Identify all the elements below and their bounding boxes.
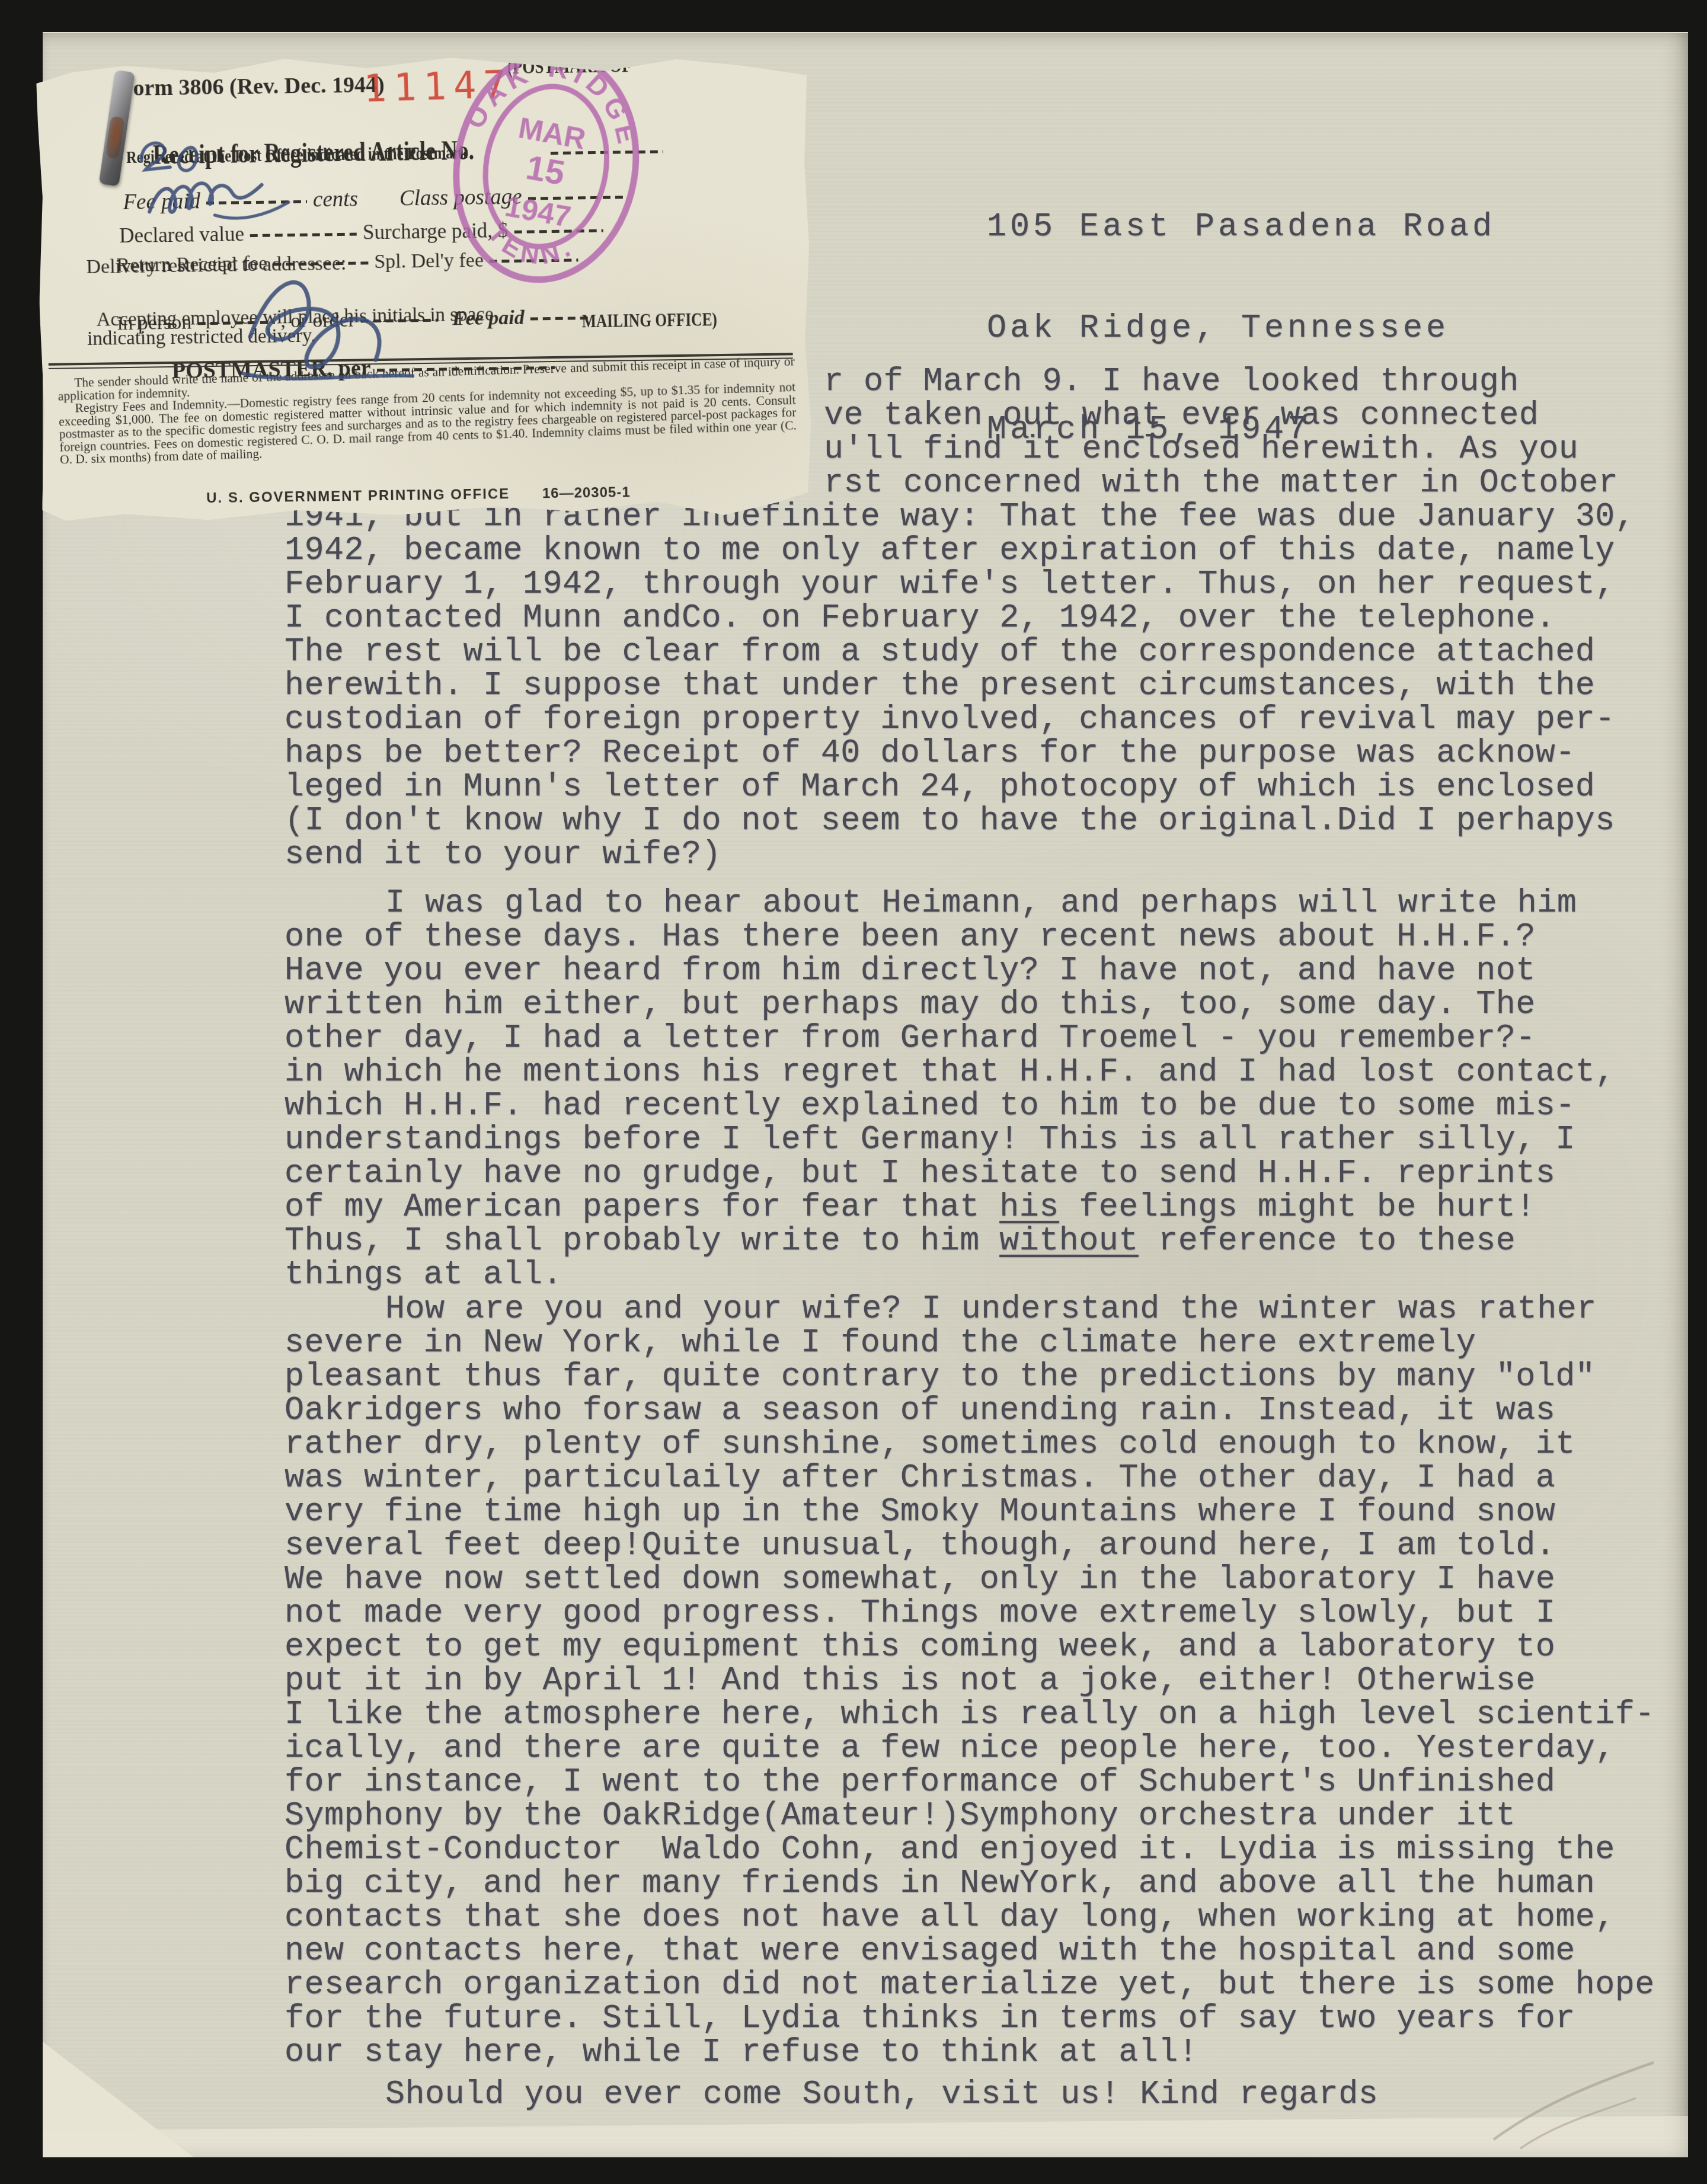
- letter-line: leged in Munn's letter of March 24, phot…: [284, 770, 1635, 804]
- letter-line: not made very good progress. Things move…: [284, 1596, 1655, 1630]
- letter-line: Have you ever heard from him directly? I…: [284, 954, 1615, 987]
- letter-line: one of these days. Has there been any re…: [284, 920, 1615, 954]
- underlined-word: his: [999, 1188, 1059, 1226]
- gpo-code: 16—20305-1: [542, 484, 631, 501]
- pencil-mark: [1485, 2051, 1663, 2157]
- letter-line: Chemist-Conductor Waldo Cohn, and enjoye…: [284, 1833, 1655, 1866]
- sheet-bottom-edge: [43, 2116, 1688, 2157]
- letter-line: We have now settled down somewhat, only …: [284, 1562, 1655, 1596]
- letter-line: very fine time high up in the Smoky Moun…: [284, 1495, 1655, 1529]
- letter-line: which H.H.F. had recently explained to h…: [284, 1089, 1615, 1123]
- letter-line: things at all.: [284, 1258, 1615, 1291]
- letter-line: (I don't know why I do not seem to have …: [284, 804, 1635, 837]
- gpo-footer: U. S. GOVERNMENT PRINTING OFFICE 16—2030…: [42, 482, 795, 509]
- letter-line: expect to get my equipment this coming w…: [284, 1630, 1655, 1664]
- letter-line: research organization did not materializ…: [284, 1968, 1655, 2001]
- letter-paragraph: How are you and your wife? I understand …: [284, 1292, 1655, 2069]
- letter-paragraph: Should you ever come South, visit us! Ki…: [284, 2077, 1378, 2111]
- letter-line: Oakridgers who forsaw a season of unendi…: [284, 1393, 1655, 1427]
- postmark-day: 15: [523, 148, 568, 193]
- letter-line: was winter, particulaily after Christmas…: [284, 1461, 1655, 1495]
- letter-line: custodian of foreign property involved, …: [284, 702, 1635, 736]
- postmark-month: MAR: [516, 111, 588, 155]
- letter-line: send it to your wife?): [284, 837, 1635, 871]
- letter-line: our stay here, while I refuse to think a…: [284, 2035, 1655, 2069]
- dash-leader: [530, 316, 590, 320]
- receipt-form-number: Form 3806 (Rev. Dec. 1944): [119, 72, 385, 101]
- letter-line: for instance, I went to the performance …: [284, 1765, 1655, 1799]
- letter-line: February 1, 1942, through your wife's le…: [284, 567, 1635, 601]
- sheet-torn-corner: [43, 2042, 194, 2157]
- letter-line: I was glad to hear about Heimann, and pe…: [284, 886, 1615, 920]
- letter-line: Should you ever come South, visit us! Ki…: [284, 2077, 1378, 2111]
- letter-line: put it in by April 1! And this is not a …: [284, 1664, 1655, 1697]
- letter-line: I contacted Munn andCo. on February 2, 1…: [284, 601, 1635, 635]
- address-line: Oak Ridge, Tennessee: [987, 311, 1495, 345]
- letter-line: of my American papers for fear that his …: [284, 1190, 1615, 1224]
- letter-line: The rest will be clear from a study of t…: [284, 635, 1635, 669]
- letter-line: written him either, but perhaps may do t…: [284, 987, 1615, 1021]
- letter-line: several feet deep!Quite unusual, though,…: [284, 1529, 1655, 1562]
- handwritten-declared-value: [143, 165, 298, 227]
- letter-line: Symphony by the OakRidge(Amateur!)Sympho…: [284, 1799, 1655, 1833]
- letter-line: I like the atmosphere here, which is rea…: [284, 1697, 1655, 1731]
- letter-line: herewith. I suppose that under the prese…: [284, 669, 1635, 702]
- registered-mail-receipt: Form 3806 (Rev. Dec. 1944) 11147 (POSTMA…: [36, 44, 814, 529]
- letter-line: big city, and her many friends in NewYor…: [284, 1866, 1655, 1900]
- letter-line: for the future. Still, Lydia thinks in t…: [284, 2001, 1655, 2035]
- letter-line: pleasant thus far, quite contrary to the…: [284, 1360, 1655, 1393]
- postmaster-signature: [234, 245, 420, 396]
- postmark-year: 1947: [503, 189, 573, 234]
- letter-line: in which he mentions his regret that H.H…: [284, 1055, 1615, 1089]
- letter-paragraph: I was glad to hear about Heimann, and pe…: [284, 886, 1615, 1291]
- letter-line: haps be better? Receipt of 40 dollars fo…: [284, 736, 1635, 770]
- mailing-office-label: MAILING OFFICE): [582, 309, 718, 332]
- letter-line: contacts that she does not have all day …: [284, 1900, 1655, 1934]
- letter-line: ically, and there are quite a few nice p…: [284, 1731, 1655, 1765]
- scanned-document: 105 East Pasadena Road Oak Ridge, Tennes…: [0, 0, 1707, 2184]
- letter-line: new contacts here, that were envisaged w…: [284, 1934, 1655, 1968]
- letter-line: How are you and your wife? I understand …: [284, 1292, 1655, 1326]
- letter-line: rather dry, plenty of sunshine, sometime…: [284, 1427, 1655, 1461]
- letter-line: other day, I had a letter from Gerhard T…: [284, 1021, 1615, 1055]
- letter-line: certainly have no grudge, but I hesitate…: [284, 1156, 1615, 1190]
- gpo-office-label: U. S. GOVERNMENT PRINTING OFFICE: [206, 486, 510, 506]
- letter-line: 1942, became known to me only after expi…: [284, 533, 1635, 567]
- address-line: 105 East Pasadena Road: [987, 210, 1495, 244]
- letter-line: Thus, I shall probably write to him with…: [284, 1224, 1615, 1258]
- letter-line: severe in New York, while I found the cl…: [284, 1326, 1655, 1360]
- underlined-word: without: [999, 1222, 1139, 1259]
- letter-line: understandings before I left Germany! Th…: [284, 1123, 1615, 1156]
